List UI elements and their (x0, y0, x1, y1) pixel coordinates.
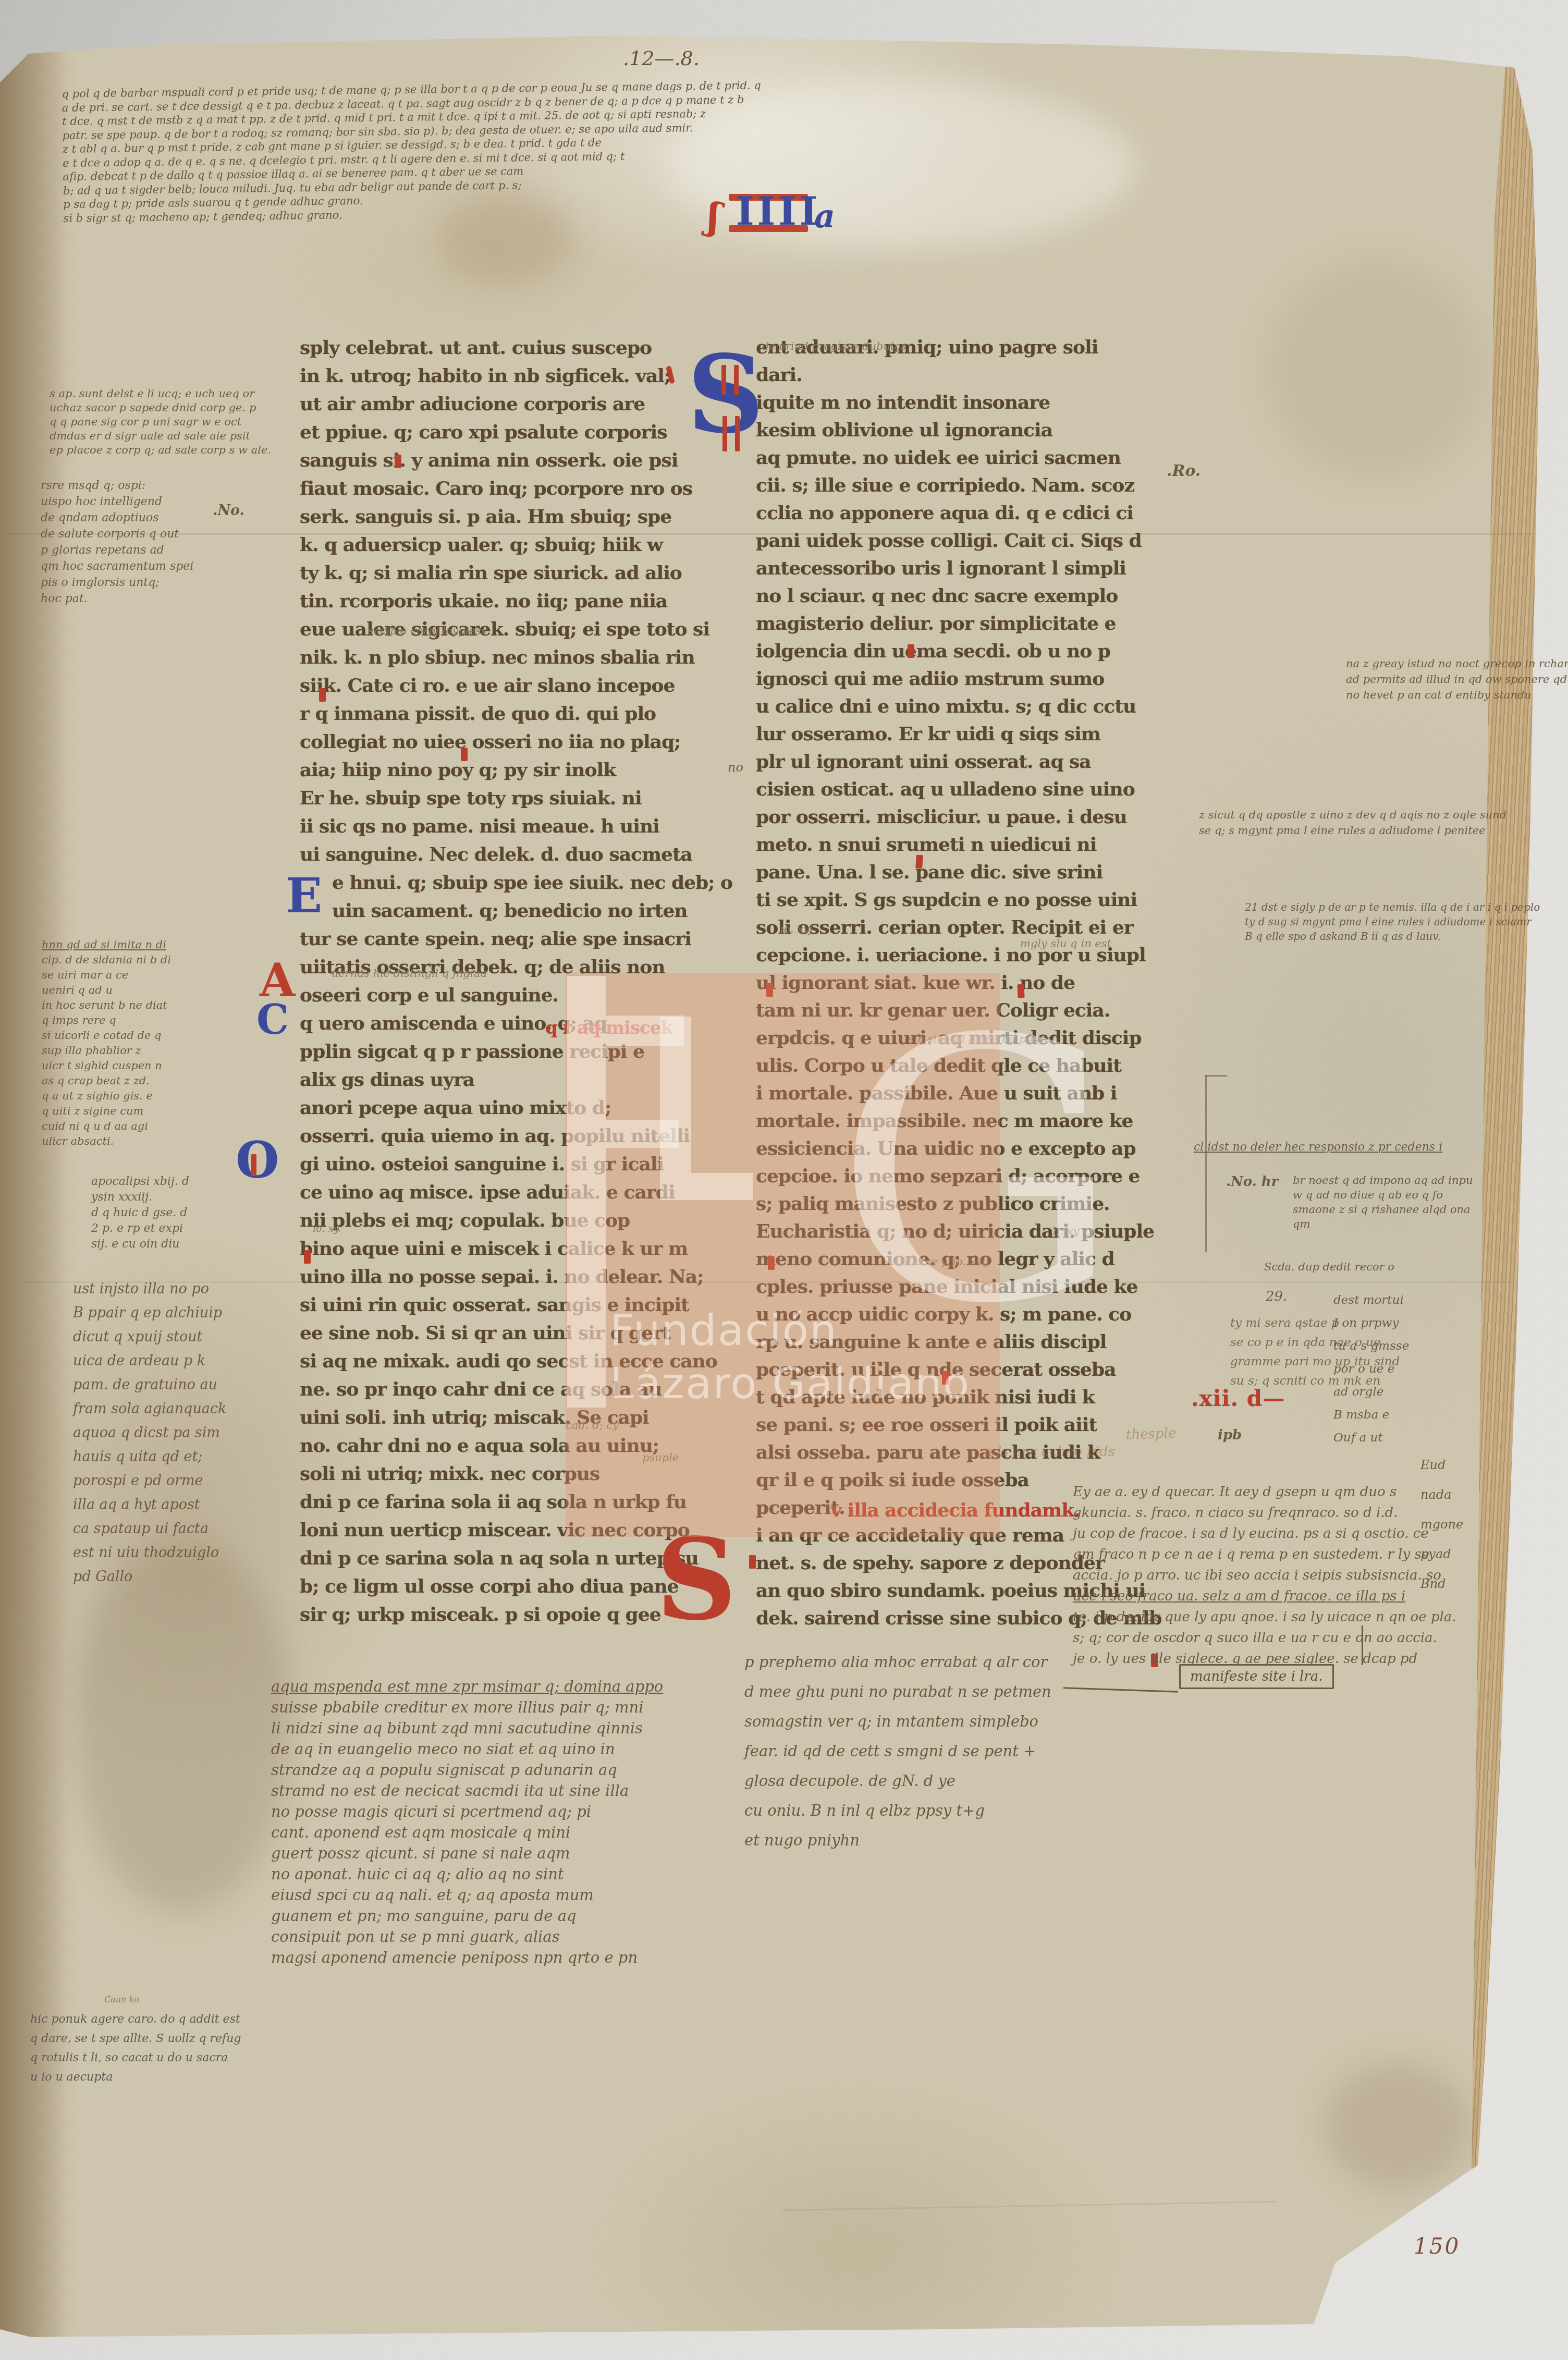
cursive-line: de aq in euangelio meco no siat et aq ui… (271, 1739, 751, 1759)
text-line: r q inmana pissit. de quo di. qui plo (300, 700, 732, 728)
note-line: se co p e in qda nae o ue (1230, 1333, 1400, 1352)
text-line: eue ualere sigicarek. sbuiq; ei spe toto… (300, 615, 732, 643)
offset-ghost-text: thesple (1126, 1425, 1177, 1442)
note-line: Eud (1420, 1450, 1463, 1480)
stain (73, 1537, 292, 1912)
note-line: uispo hoc intelligend (41, 494, 193, 510)
note-line: hoc pat. (41, 591, 193, 607)
note-line: ad permits ad illud in qd ow sponere qd (1346, 671, 1568, 687)
cursive-line: aqua mspenda est mne zpr msimar q; domin… (271, 1676, 751, 1697)
note-line: pis o imglorsis untq; (41, 574, 193, 591)
initial-S-red-stroke (735, 416, 740, 451)
cursive-line: no posse magis qicuri si pcertmend aq; p… (271, 1801, 751, 1822)
note-line: w q ad no diue q ab eo q fo (1293, 1188, 1473, 1202)
cursive-line: guanem et pn; mo sanguine, paru de aq (271, 1905, 751, 1926)
note-line: se uiri mar a ce (42, 968, 171, 983)
initial-S-red-stroke (734, 365, 739, 395)
note-line: accia. jo p arro. uc ibi seo accia i sei… (1073, 1565, 1456, 1586)
left-margin-note-5: ust injsto illa no poB ppair q ep alchiu… (73, 1277, 226, 1589)
note-line: te. i p deciaz que ly apu qnoe. i sa ly … (1073, 1607, 1456, 1628)
text-line: meto. n snui srumeti n uiedicui ni (756, 831, 1173, 859)
margin-bracket-top (1205, 1075, 1227, 1077)
chapter-numeral: IIII (729, 188, 812, 236)
manuscript-photo: .12—.8. q pol q de barbar mspuali cord p… (0, 0, 1568, 2360)
note-line: no hevet p an cat d entiby standu (1346, 687, 1568, 703)
note-line: uchaz sacor p sapede dnid corp ge. p (50, 401, 271, 415)
paraph-mark (908, 644, 914, 658)
margin-bracket (1205, 1075, 1207, 1252)
note-line: ca spataup ui facta (73, 1517, 226, 1541)
note-line: de qndam adoptiuos (41, 510, 193, 526)
text-line: aq pmute. no uidek ee uirici sacmen (756, 444, 1173, 472)
text-line: ti se xpit. S gs supdcin e no posse uini (756, 886, 1173, 914)
cursive-line: glosa decupole. de gN. d ye (744, 1766, 1193, 1796)
right-margin-note-5-head: Scda. dup dedit recor o (1264, 1261, 1394, 1273)
note-line: hic ponuk agere caro. do q addit est (30, 2010, 241, 2029)
note-line: s; q; cor de oscdor q suco illa e ua r c… (1073, 1628, 1456, 1648)
cursive-line: suisse pbabile creditur ex more illius p… (271, 1697, 751, 1718)
text-line: magisterio deliur. por simplicitate e (756, 610, 1173, 638)
note-line: q dare, se t spe allte. S uollz q refug (30, 2029, 241, 2048)
text-line: por osserri. miscliciur. u paue. i desu (756, 803, 1173, 831)
interlinear-gloss: uernas hie distingil q jngiua (332, 967, 487, 980)
cursive-line: magsi aponend amencie peniposs npn qrto … (271, 1947, 751, 1968)
note-line: smaone z si q rishanee alqd ona (1293, 1202, 1473, 1217)
note-line: dicut q xpuij stout (73, 1325, 226, 1349)
cursive-line: cu oniu. B n inl q elbz ppsy t+g (744, 1796, 1193, 1826)
left-margin-note-2: rsre msqd q; ospi:uispo hoc intelligendd… (41, 478, 193, 607)
right-margin-note-4: br noest q ad impono aq ad inpuw q ad no… (1293, 1173, 1473, 1231)
note-line: illa aq a hyt apost (73, 1493, 226, 1517)
note-line: B msba e (1333, 1403, 1409, 1426)
cursive-line: stramd no est de necicat sacmdi ita ut s… (271, 1780, 751, 1801)
interlinear-gloss: mgly slu q in est (1020, 937, 1111, 950)
watermark-letter-L (660, 1173, 753, 1200)
text-line: Er he. sbuip spe toty rps siuiak. ni (300, 784, 732, 812)
right-column-cursive-addition: p prephemo alia mhoc errabat q alr cord … (744, 1647, 1193, 1855)
note-line: qm (1293, 1217, 1473, 1231)
interlinear-gloss: io. xvj (780, 923, 813, 935)
text-line: sply celebrat. ut ant. cuius suscepo (300, 334, 732, 362)
text-line: et ppiue. q; caro xpi psalute corporis (300, 418, 732, 446)
right-margin-note-2: z sicut q dq apostle z uino z dev q d aq… (1199, 807, 1506, 838)
watermark-name-line2: Lázaro Galdiano (610, 1359, 970, 1409)
text-line: e hnui. q; sbuip spe iee siuik. nec deb;… (300, 869, 732, 897)
text-line: cii. s; ille siue e corripiedo. Nam. sco… (756, 472, 1173, 499)
note-line: fram sola agianquack (73, 1397, 226, 1421)
cursive-line: no aponat. huic ci aq q; alio aq no sint (271, 1864, 751, 1885)
note-line: ep placoe z corp q; ad sale corp s w ale… (50, 443, 271, 457)
note-line: q uiti z sigine cum (42, 1104, 171, 1119)
note-line: ueniri q ad u (42, 983, 171, 998)
gutter-note: no (728, 760, 743, 775)
note-line: apocalipsi xbij. d (91, 1174, 189, 1190)
note-line: ju cop de fracoe. i sa d ly eucina. ps a… (1073, 1523, 1456, 1544)
note-line: aquoa q dicst pa sim (73, 1421, 226, 1445)
initial-S-red-stroke (722, 416, 727, 451)
text-line: cclia no apponere aqua di. q e cdici ci (756, 499, 1173, 527)
initial-E-blue: E (286, 872, 322, 920)
text-line: nik. k. n plo sbiup. nec minos sbalia ri… (300, 643, 732, 671)
note-line: dest mortui (1333, 1289, 1409, 1312)
cursive-line: guert possz qicunt. si pane si nale aqm (271, 1843, 751, 1864)
note-line: ulicr absacti. (42, 1134, 171, 1149)
text-line: plr ul ignorant uini osserat. aq sa (756, 748, 1173, 776)
note-line: d q huic d gse. d (91, 1205, 189, 1221)
paraph-mark (915, 855, 923, 869)
stain (1324, 2063, 1470, 2188)
note-line: pd Gallo (73, 1565, 226, 1589)
text-line: serk. sanguis si. p aia. Hm sbuiq; spe (300, 503, 732, 531)
initial-S-red-stroke (721, 365, 726, 395)
cursive-line: li nidzi sine aq bibunt zqd mni sacutudi… (271, 1718, 751, 1739)
note-line: sup illa phablior z (42, 1043, 171, 1058)
note-line: sij. e cu oin diu (91, 1237, 189, 1252)
note-line: in hoc serunt b ne diat (42, 998, 171, 1013)
paraph-mark (461, 748, 468, 761)
note-line: s ap. sunt delst e li ucq; e uch ueq or (50, 387, 271, 401)
initial-O-blue: O (236, 1135, 279, 1185)
text-line: pani uidek posse colligi. Cait ci. Siqs … (756, 527, 1173, 555)
cursive-line: consipuit pon ut se p mni guark, alias (271, 1926, 751, 1947)
text-line: fiaut mosaic. Caro inq; pcorpore nro os (300, 474, 732, 503)
note-line: ust injsto illa no po (73, 1277, 226, 1301)
note-line: uicr t sighid cuspen n (42, 1058, 171, 1073)
interlinear-gloss: io. xy. (313, 1223, 341, 1234)
right-margin-note-4-head: cl idst no deler hec responsio z pr cede… (1194, 1141, 1442, 1154)
note-line: cip. d de sldania ni b di (42, 952, 171, 968)
note-line: ty mi sera qstae p (1230, 1314, 1400, 1333)
note-line: q a ut z sighio gis. e (42, 1089, 171, 1104)
text-line: no l sciaur. q nec dnc sacre exemplo (756, 582, 1173, 610)
text-line: tin. rcorporis ukaie. no iiq; pane niia (300, 587, 732, 615)
paraph-mark (304, 1250, 311, 1264)
text-line: ignosci qui me adiio mstrum sumo (756, 665, 1173, 693)
note-line: z sicut q dq apostle z uino z dev q d aq… (1199, 807, 1506, 823)
cursive-line: somagstin ver q; in mtantem simplebo (744, 1707, 1193, 1737)
note-line: q imps rere q (42, 1013, 171, 1028)
note-line: de salute corporis q out (41, 526, 193, 542)
initial-O-red-infill (251, 1154, 256, 1176)
text-line: ui sanguine. Nec delek. d. duo sacmeta (300, 840, 732, 869)
stain (1267, 260, 1486, 479)
text-line: iquite m no intendit insonare (756, 389, 1173, 417)
note-line: Ouf a ut (1333, 1426, 1409, 1449)
note-line: hauis q uita qd et; (73, 1445, 226, 1469)
watermark-letter-G: G (834, 993, 1121, 1353)
text-line: ii sic qs no pame. nisi meaue. h uini (300, 812, 732, 840)
note-line: q rotulis t li, so cacat u do u sacra (30, 2048, 241, 2068)
interlinear-gloss: Caun ko (104, 1995, 139, 2004)
text-line: iolgencia din uema secdi. ob u no p (756, 638, 1173, 665)
text-line: sanguis si. y anima nin osserk. oie psi (300, 446, 732, 474)
quire-mark: .12—.8. (623, 47, 700, 70)
note-line: cuid ni q u d aa agi (42, 1119, 171, 1134)
chapter-numeral-value: IIII (736, 190, 820, 234)
left-margin-bottom-note: hic ponuk agere caro. do q addit estq da… (30, 2010, 241, 2087)
note-line: ysin xxxiij. (91, 1190, 189, 1205)
note-line: B q elle spo d askand B ii q as d lauv. (1245, 929, 1540, 944)
right-margin-note-4-no: .No. hr (1226, 1174, 1278, 1190)
numeral-flourish-right: a (814, 197, 835, 235)
text-line: ty k. q; si malia rin spe siurick. ad al… (300, 559, 732, 587)
text-line: u calice dni e uino mixtu. s; q dic cctu (756, 693, 1173, 720)
note-line: gkuncia. s. fraco. n ciaco su freqnraco.… (1073, 1502, 1456, 1523)
xii-d-mark: .xii. d— (1191, 1386, 1285, 1411)
left-margin-note-3: hnn qd ad si imita n dicip. d de sldania… (42, 937, 171, 1149)
box-vertical-tick (1362, 1625, 1363, 1665)
right-margin-cursive-block: Ey ae a. ey d quecar. It aey d gsepn u q… (1073, 1482, 1456, 1669)
binding-gutter-shadow (0, 35, 68, 2342)
right-margin-block-pre: ty mi sera qstae pse co p e in qda nae o… (1230, 1314, 1400, 1391)
text-line: collegiat no uiee osseri no iia no plaq; (300, 728, 732, 756)
text-line: pane. Una. l se. pane dic. sive srini (756, 859, 1173, 886)
text-line: uin sacament. q; benedicio no irten (300, 897, 732, 925)
note-line: u io u aecupta (30, 2068, 241, 2087)
text-line: dari. (756, 361, 1173, 389)
note-line: ty d sug si mgynt pma l eine rules i adi… (1245, 914, 1540, 929)
paraph-mark (395, 455, 401, 468)
note-line: dmdas er d sigr uale ad sale aie psit (50, 429, 271, 443)
note-line: qm fraco n p ce n ae i q rema p en suste… (1073, 1544, 1456, 1565)
left-margin-no-mark: .No. (213, 503, 244, 519)
cursive-line: et nugo pniyhn (744, 1826, 1193, 1855)
note-line: 21 dst e sigly p de ar p te nemis. illa … (1245, 900, 1540, 914)
note-line: si uicorli e cotad de q (42, 1028, 171, 1043)
note-line: porospi e pd orme (73, 1469, 226, 1493)
left-column-cursive-addition: aqua mspenda est mne zpr msimar q; domin… (271, 1676, 751, 1968)
note-line: gramme pari mo up itu sind (1230, 1352, 1400, 1372)
note-line: p glorias repetans ad (41, 542, 193, 558)
note-line: uce i seo fraco ua. selz a am d fracoe. … (1073, 1586, 1456, 1607)
right-margin-ro-mark: .Ro. (1167, 462, 1200, 480)
note-line: as q crap beat z zd. (42, 1073, 171, 1089)
offset-ghost-text: nds pns acheo pids (984, 1444, 1115, 1460)
watermark-letter-F (567, 976, 606, 1408)
cursive-line: eiusd spci cu aq nali. et q; aq aposta m… (271, 1885, 751, 1905)
note-line: se q; s mgynt pma l eine rules a adiudom… (1199, 823, 1506, 838)
note-line: na z greay istud na noct grecop in rcham (1346, 656, 1568, 671)
paraph-mark (319, 688, 326, 702)
text-line: antecessoribo uris l ignorant l simpli (756, 555, 1173, 582)
boxed-note: manifeste site i lra. (1179, 1664, 1334, 1689)
cursive-line: fear. id qd de cett s smgni d se pent + (744, 1737, 1193, 1766)
note-line: uica de ardeau p k (73, 1349, 226, 1373)
note-line: pam. de gratuino au (73, 1373, 226, 1397)
paraph-mark (749, 1555, 756, 1569)
note-line: Ey ae a. ey d quecar. It aey d gsepn u q… (1073, 1482, 1456, 1502)
note-line: hnn qd ad si imita n di (42, 937, 171, 952)
note-line: qm hoc sacramentum spei (41, 558, 193, 574)
right-margin-note-1: na z greay istud na noct grecop in rcham… (1346, 656, 1568, 703)
text-line: lur osseramo. Er kr uidi q siqs sim (756, 720, 1173, 748)
initial-S-red: S (656, 1523, 737, 1635)
text-line: aia; hiip nino poy q; py sir inolk (300, 756, 732, 784)
cursive-line: strandze aq a populu signiscat p adunari… (271, 1759, 751, 1780)
right-margin-note-5-num: 29. (1266, 1289, 1287, 1304)
note-line: q q pane sig cor p uni sagr w e oct (50, 415, 271, 429)
interlinear-gloss: de eriud pregisse dubuigs (762, 340, 906, 352)
interlinear-gloss: eccipio corpj loypless (367, 625, 487, 637)
text-line: cisien osticat. aq u ulladeno sine uino (756, 776, 1173, 803)
cursive-line: cant. aponend est aqm mosicale q mini (271, 1822, 751, 1843)
note-line: B ppair q ep alchiuip (73, 1301, 226, 1325)
text-line: kesim oblivione ul ignorancia (756, 417, 1173, 444)
left-margin-note-4: apocalipsi xbij. dysin xxxiij.d q huic d… (91, 1174, 189, 1252)
watermark-letter-L (660, 1017, 691, 1173)
note-line: br noest q ad impono aq ad inpu (1293, 1173, 1473, 1188)
right-margin-ipb: ipb (1218, 1427, 1242, 1443)
text-line: k. q aduersicp ualer. q; sbuiq; hiik w (300, 531, 732, 559)
right-margin-note-3: 21 dst e sigly p de ar p te nemis. illa … (1245, 900, 1540, 944)
watermark-name-line1: Fundación (610, 1306, 838, 1355)
text-line: ut air ambr adiucione corporis are (300, 390, 732, 418)
initial-C-blue: C (256, 1000, 289, 1041)
note-line: rsre msqd q; ospi: (41, 478, 193, 494)
text-line: siik. Cate ci ro. e ue air slano incepoe (300, 671, 732, 700)
text-line: tur se cante spein. neq; alie spe insacr… (300, 925, 732, 953)
folio-number: 150 (1414, 2233, 1460, 2259)
note-line: est ni uiu thodzuiglo (73, 1541, 226, 1565)
note-line: 2 p. e rp et expi (91, 1221, 189, 1237)
cursive-line: d mee ghu puni no purabat n se petmen (744, 1677, 1193, 1707)
left-margin-note-1: s ap. sunt delst e li ucq; e uch ueq oru… (50, 387, 271, 457)
